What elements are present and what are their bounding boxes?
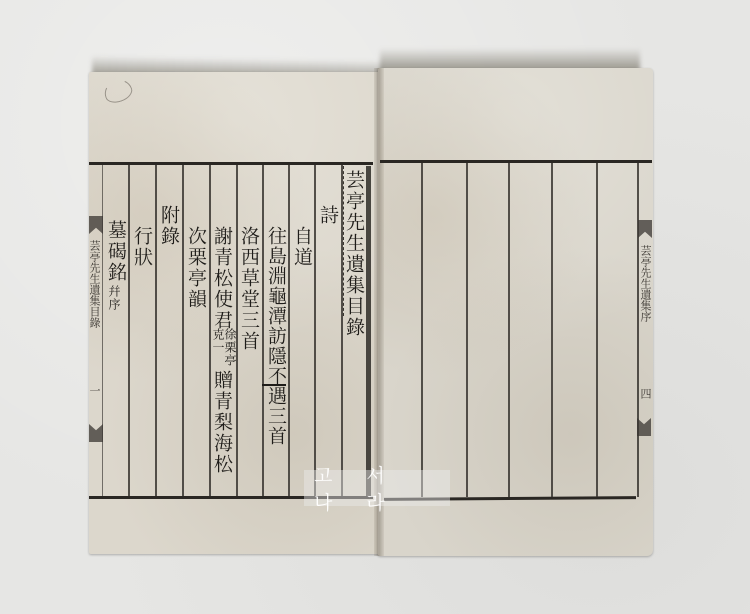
fold-margin-title: 芸亭先生遺集目錄 (89, 240, 100, 328)
column-rule (421, 163, 423, 497)
column-rule (288, 165, 290, 496)
left-frame-top (89, 162, 373, 165)
toc-entry: 謝青松使君 (212, 226, 231, 331)
column-rule (314, 165, 316, 496)
column-rule (182, 165, 184, 496)
column-rule (262, 165, 264, 496)
toc-entry-continuation: 贈青梨海松 (212, 370, 231, 475)
fold-page-number: 一 (89, 385, 100, 396)
column-rule (155, 165, 157, 496)
left-fold-line (102, 165, 103, 496)
toc-entry: 自道 (292, 226, 311, 268)
toc-entry: 次栗亭韻 (186, 226, 205, 310)
toc-entry: 往島淵龜潭訪隱不遇三首 (266, 226, 285, 446)
column-rule (466, 163, 468, 497)
toc-entry-annotation: 幷序 (108, 285, 120, 311)
column-rule (637, 163, 639, 497)
toc-entry: 墓碣銘 (106, 220, 125, 283)
column-rule (128, 165, 130, 496)
emphasis-mark (262, 384, 286, 386)
watermark: 고 서 나 라 (304, 470, 450, 506)
fold-page-number: 四 (640, 388, 651, 399)
toc-entry-poems: 詩 (318, 205, 337, 226)
toc-entry: 洛西草堂三首 (239, 226, 258, 352)
book-title-column: 芸亭先生遺集目錄 (344, 170, 363, 338)
column-rule (508, 163, 510, 497)
column-rule (596, 163, 598, 497)
toc-entry: 行狀 (132, 226, 151, 268)
fold-margin-title: 芸亭先生遺集序 (640, 245, 651, 322)
column-rule (551, 163, 553, 497)
toc-section-appendix: 附錄 (159, 205, 178, 247)
title-border-bar (366, 166, 371, 496)
